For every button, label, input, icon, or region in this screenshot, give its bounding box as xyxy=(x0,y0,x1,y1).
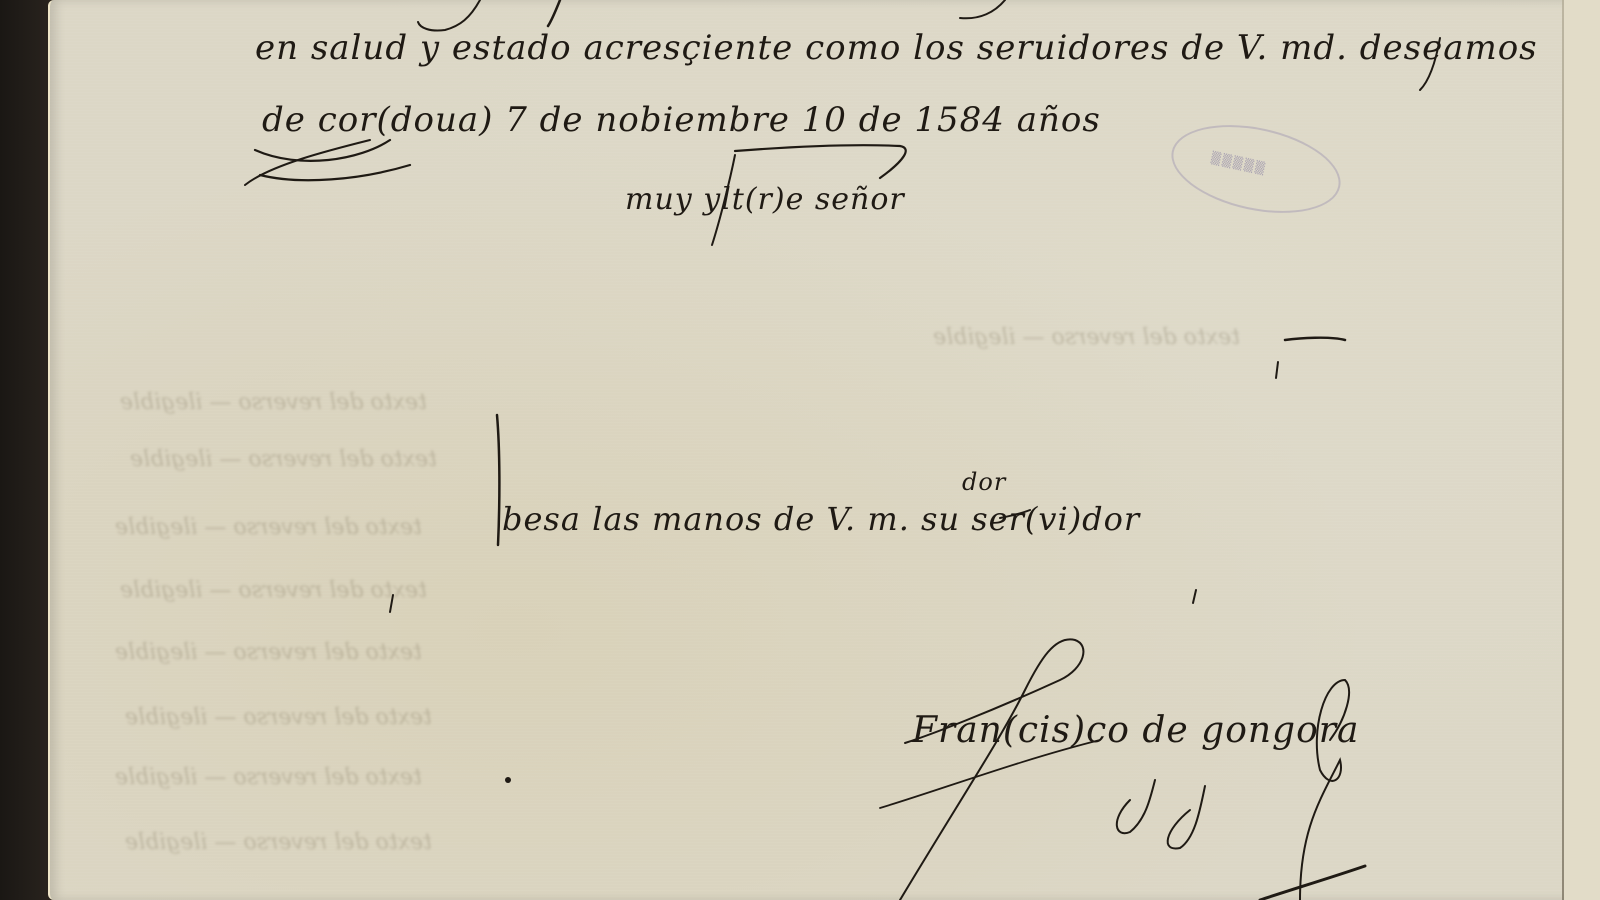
manuscript-scan: texto del reverso — ilegible texto del r… xyxy=(0,0,1600,900)
pen-flourishes xyxy=(0,0,1600,900)
descender-stroke xyxy=(548,0,560,26)
